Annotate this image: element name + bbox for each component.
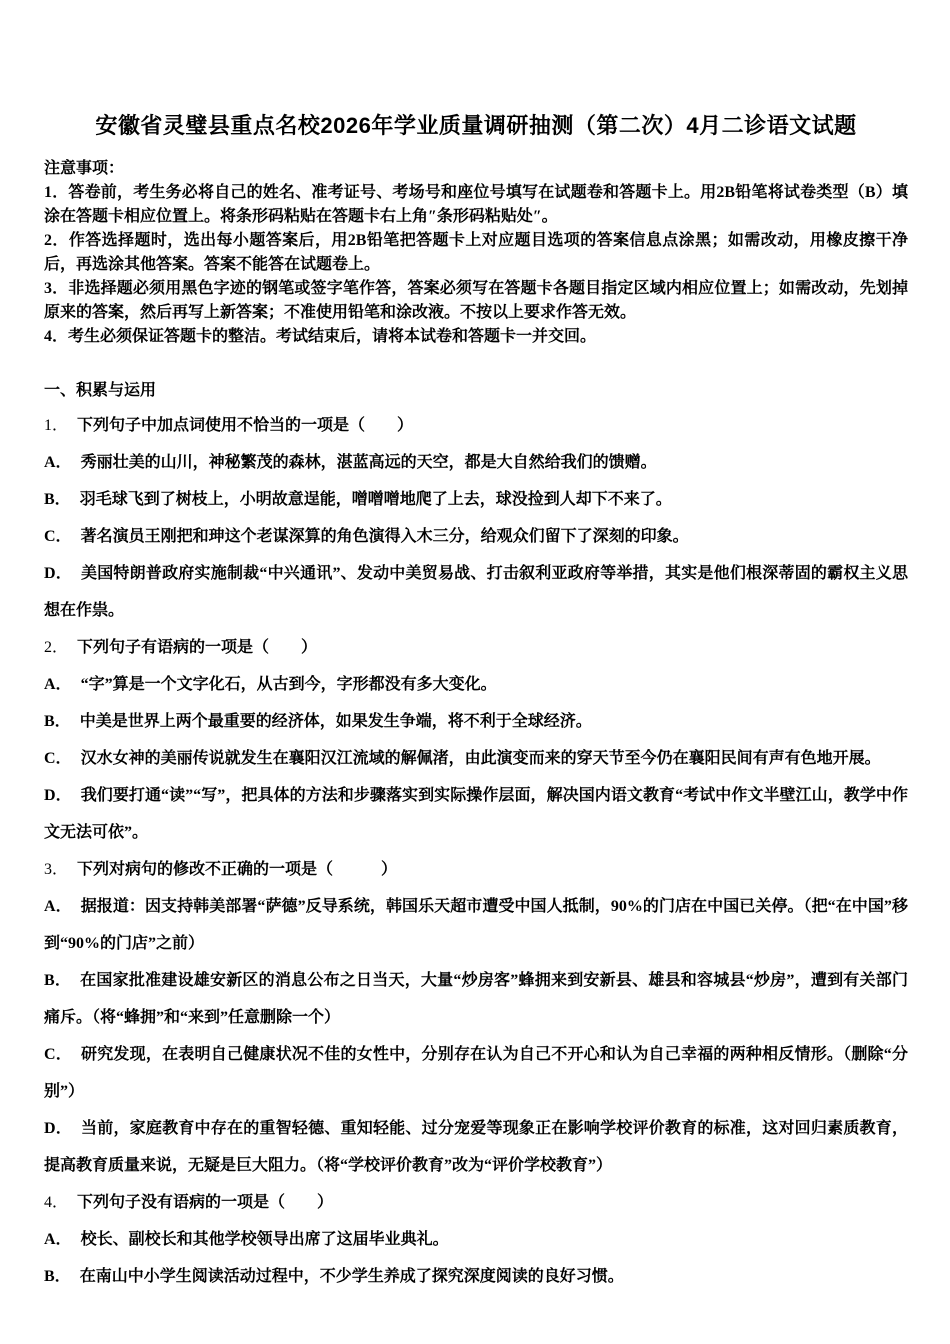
notice-heading: 注意事项： (44, 157, 908, 181)
page-title: 安徽省灵璧县重点名校2026年学业质量调研抽测（第二次）4月二诊语文试题 (44, 112, 908, 140)
option-label: A． (44, 676, 72, 693)
option-b: B．羽毛球飞到了树枝上，小明故意逞能，噌噌噌地爬了上去，球没捡到人却下不来了。 (44, 481, 908, 518)
notice-section: 注意事项： 1．答卷前，考生务必将自己的姓名、准考证号、考场号和座位号填写在试题… (44, 157, 908, 349)
question-number: 2． (44, 639, 68, 656)
question-3: 3．下列对病句的修改不正确的一项是（ ） A．据报道：因支持韩美部署“萨德”反导… (44, 851, 908, 1184)
option-label: B． (44, 972, 71, 989)
option-label: B． (44, 491, 71, 508)
option-c: C．著名演员王刚把和珅这个老谋深算的角色演得入木三分，给观众们留下了深刻的印象。 (44, 518, 908, 555)
option-label: D． (44, 787, 72, 804)
question-4: 4．下列句子没有语病的一项是（ ） A．校长、副校长和其他学校领导出席了这届毕业… (44, 1184, 908, 1295)
option-label: C． (44, 1046, 72, 1063)
option-b: B．在南山中小学生阅读活动过程中，不少学生养成了探究深度阅读的良好习惯。 (44, 1258, 908, 1295)
option-label: B． (44, 713, 71, 730)
option-text: 当前，家庭教育中存在的重智轻德、重知轻能、过分宠爱等现象正在影响学校评价教育的标… (44, 1120, 908, 1174)
option-text: 在国家批准建设雄安新区的消息公布之日当天，大量“炒房客”蜂拥来到安新县、雄县和容… (44, 972, 908, 1026)
option-label: A． (44, 898, 72, 915)
option-c: C．汉水女神的美丽传说就发生在襄阳汉江流域的解佩渚，由此演变而来的穿天节至今仍在… (44, 740, 908, 777)
notice-item: 4．考生必须保证答题卡的整洁。考试结束后，请将本试卷和答题卡一并交回。 (44, 325, 908, 349)
option-text: 秀丽壮美的山川，神秘繁茂的森林，湛蓝高远的天空，都是大自然给我们的馈赠。 (81, 454, 657, 471)
option-d: D．我们要打通“读”“写”，把具体的方法和步骤落实到实际操作层面，解决国内语文教… (44, 777, 908, 851)
option-label: A． (44, 1231, 72, 1248)
option-a: A．“字”算是一个文字化石，从古到今，字形都没有多大变化。 (44, 666, 908, 703)
question-stem-text: 下列句子中加点词使用不恰当的一项是（ ） (77, 417, 413, 434)
question-stem: 1．下列句子中加点词使用不恰当的一项是（ ） (44, 407, 908, 444)
question-number: 1． (44, 417, 68, 434)
option-text: 研究发现，在表明自己健康状况不佳的女性中，分别存在认为自己不开心和认为自己幸福的… (44, 1046, 908, 1100)
option-b: B．在国家批准建设雄安新区的消息公布之日当天，大量“炒房客”蜂拥来到安新县、雄县… (44, 962, 908, 1036)
option-text: 校长、副校长和其他学校领导出席了这届毕业典礼。 (81, 1231, 449, 1248)
question-2: 2．下列句子有语病的一项是（ ） A．“字”算是一个文字化石，从古到今，字形都没… (44, 629, 908, 851)
exam-page: 安徽省灵璧县重点名校2026年学业质量调研抽测（第二次）4月二诊语文试题 注意事… (0, 0, 950, 1344)
option-d: D．美国特朗普政府实施制裁“中兴通讯”、发动中美贸易战、打击叙利亚政府等举措，其… (44, 555, 908, 629)
question-1: 1．下列句子中加点词使用不恰当的一项是（ ） A．秀丽壮美的山川，神秘繁茂的森林… (44, 407, 908, 629)
question-number: 4． (44, 1194, 68, 1211)
question-stem-text: 下列句子没有语病的一项是（ ） (77, 1194, 333, 1211)
option-a: A．校长、副校长和其他学校领导出席了这届毕业典礼。 (44, 1221, 908, 1258)
question-stem: 2．下列句子有语病的一项是（ ） (44, 629, 908, 666)
question-stem-text: 下列对病句的修改不正确的一项是（ ） (77, 861, 397, 878)
option-text: 著名演员王刚把和珅这个老谋深算的角色演得入木三分，给观众们留下了深刻的印象。 (81, 528, 689, 545)
option-d: D．当前，家庭教育中存在的重智轻德、重知轻能、过分宠爱等现象正在影响学校评价教育… (44, 1110, 908, 1184)
option-c: C．研究发现，在表明自己健康状况不佳的女性中，分别存在认为自己不开心和认为自己幸… (44, 1036, 908, 1110)
notice-item: 2．作答选择题时，选出每小题答案后，用2B铅笔把答题卡上对应题目选项的答案信息点… (44, 229, 908, 277)
section-heading: 一、积累与运用 (44, 375, 908, 407)
question-stem-text: 下列句子有语病的一项是（ ） (77, 639, 317, 656)
option-label: C． (44, 528, 72, 545)
questions-section: 一、积累与运用 1．下列句子中加点词使用不恰当的一项是（ ） A．秀丽壮美的山川… (44, 375, 908, 1295)
option-label: D． (44, 1120, 72, 1137)
option-label: D． (44, 565, 72, 582)
option-label: C． (44, 750, 72, 767)
notice-item: 1．答卷前，考生务必将自己的姓名、准考证号、考场号和座位号填写在试题卷和答题卡上… (44, 181, 908, 229)
option-label: B． (44, 1268, 71, 1285)
option-text: 美国特朗普政府实施制裁“中兴通讯”、发动中美贸易战、打击叙利亚政府等举措，其实是… (44, 565, 908, 619)
notice-item: 3．非选择题必须用黑色字迹的钢笔或签字笔作答，答案必须写在答题卡各题目指定区域内… (44, 277, 908, 325)
question-stem: 4．下列句子没有语病的一项是（ ） (44, 1184, 908, 1221)
option-text: “字”算是一个文字化石，从古到今，字形都没有多大变化。 (81, 676, 497, 693)
option-text: 据报道：因支持韩美部署“萨德”反导系统，韩国乐天超市遭受中国人抵制，90%的门店… (44, 898, 908, 952)
option-text: 羽毛球飞到了树枝上，小明故意逞能，噌噌噌地爬了上去，球没捡到人却下不来了。 (80, 491, 672, 508)
option-text: 我们要打通“读”“写”，把具体的方法和步骤落实到实际操作层面，解决国内语文教育“… (44, 787, 908, 841)
option-a: A．秀丽壮美的山川，神秘繁茂的森林，湛蓝高远的天空，都是大自然给我们的馈赠。 (44, 444, 908, 481)
question-number: 3． (44, 861, 68, 878)
option-label: A． (44, 454, 72, 471)
option-text: 汉水女神的美丽传说就发生在襄阳汉江流域的解佩渚，由此演变而来的穿天节至今仍在襄阳… (81, 750, 881, 767)
option-text: 中美是世界上两个最重要的经济体，如果发生争端，将不利于全球经济。 (80, 713, 592, 730)
option-text: 在南山中小学生阅读活动过程中，不少学生养成了探究深度阅读的良好习惯。 (80, 1268, 624, 1285)
option-b: B．中美是世界上两个最重要的经济体，如果发生争端，将不利于全球经济。 (44, 703, 908, 740)
question-stem: 3．下列对病句的修改不正确的一项是（ ） (44, 851, 908, 888)
option-a: A．据报道：因支持韩美部署“萨德”反导系统，韩国乐天超市遭受中国人抵制，90%的… (44, 888, 908, 962)
